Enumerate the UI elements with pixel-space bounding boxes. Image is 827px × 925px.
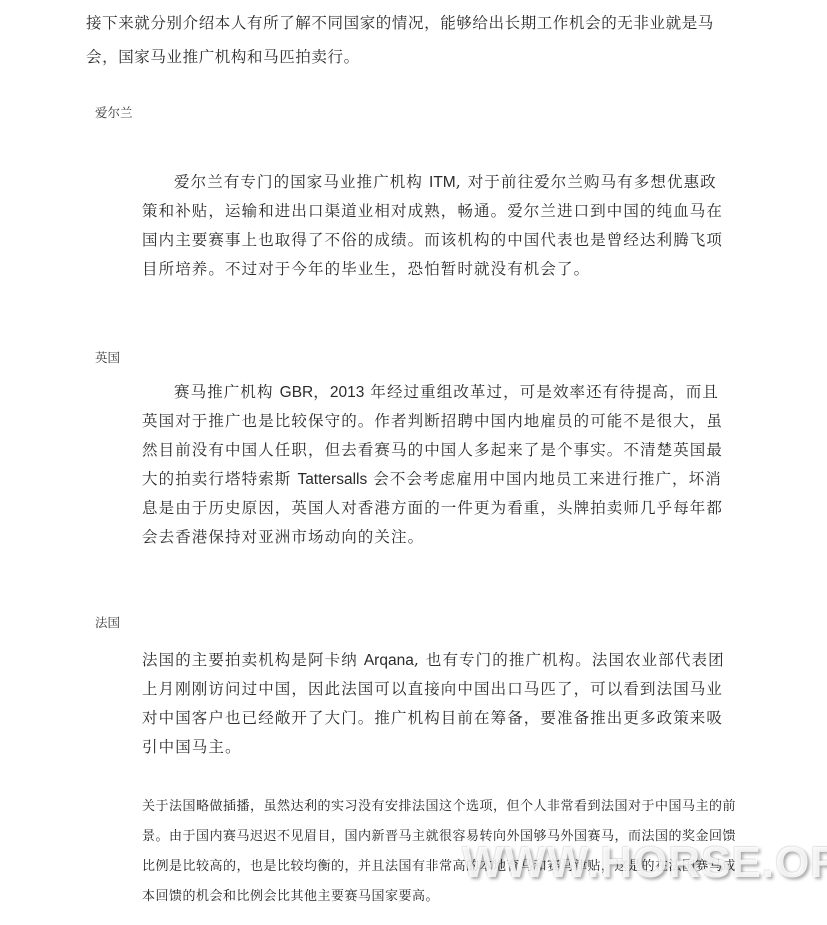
france-org-arqana: Arqana: [364, 652, 414, 669]
ireland-paragraph: 爱尔兰有专门的国家马业推广机构 ITM, 对于前往爱尔兰购马有多想优惠政策和补贴…: [142, 168, 732, 284]
section-heading-ireland: 爱尔兰: [95, 104, 133, 122]
ireland-text-pre: 爱尔兰有专门的国家马业推广机构: [174, 173, 429, 191]
france-text-pre: 法国的主要拍卖机构是阿卡纳: [142, 651, 364, 669]
france-paragraph: 法国的主要拍卖机构是阿卡纳 Arqana, 也有专门的推广机构。法国农业部代表团…: [142, 646, 732, 762]
france-note-paragraph: 关于法国略做插播，虽然达利的实习没有安排法国这个选项，但个人非常看到法国对于中国…: [142, 792, 742, 912]
uk-org-tattersalls: Tattersalls: [297, 471, 367, 488]
uk-text-mid1: ，: [313, 383, 330, 401]
ireland-org-itm: ITM: [429, 174, 456, 191]
intro-paragraph: 接下来就分别介绍本人有所了解不同国家的情况，能够给出长期工作机会的无非业就是马会…: [86, 6, 726, 74]
section-heading-uk: 英国: [95, 349, 120, 367]
section-heading-france: 法国: [95, 614, 120, 632]
uk-org-gbr: GBR: [280, 384, 314, 401]
uk-year: 2013: [330, 384, 364, 401]
uk-paragraph: 赛马推广机构 GBR，2013 年经过重组改革过，可是效率还有待提高，而且英国对…: [142, 378, 732, 552]
uk-text-pre: 赛马推广机构: [174, 383, 280, 401]
